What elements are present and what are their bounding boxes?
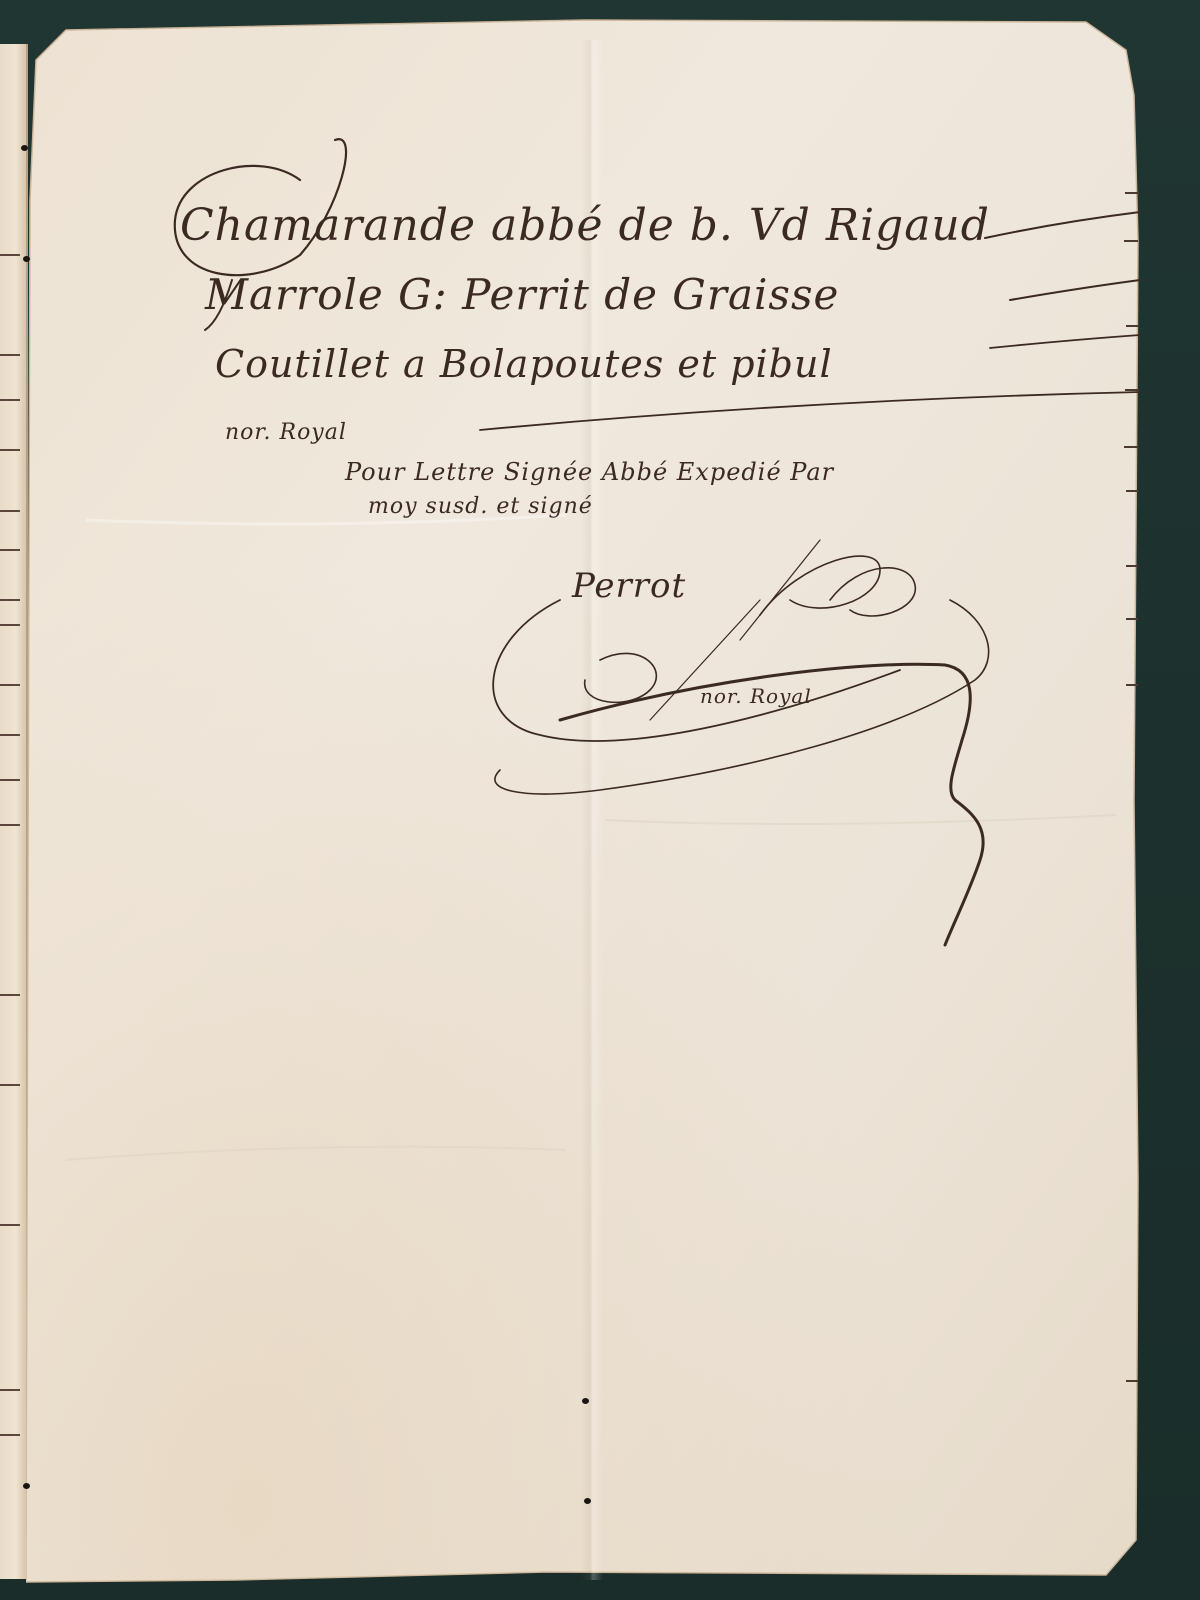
margin-rule — [0, 994, 20, 996]
margin-rule — [0, 779, 20, 781]
margin-rule — [0, 1084, 20, 1086]
previous-leaf-edge — [0, 44, 28, 1579]
margin-rule — [0, 599, 20, 601]
margin-rule — [0, 399, 20, 401]
margin-rule — [0, 1224, 20, 1226]
margin-rule — [0, 1389, 20, 1391]
margin-rule — [0, 624, 20, 626]
margin-rule — [0, 824, 20, 826]
margin-rule — [0, 354, 20, 356]
margin-rule — [0, 254, 20, 256]
margin-rule — [0, 734, 20, 736]
margin-rule — [0, 449, 20, 451]
document-viewer: Chamarande abbé de b. Vd Rigaud Marrole … — [0, 0, 1200, 1600]
manuscript-sheet — [26, 0, 1164, 1600]
margin-rule — [0, 549, 20, 551]
margin-rule — [0, 1434, 20, 1436]
center-fold — [581, 40, 603, 1580]
margin-rule — [0, 510, 20, 512]
margin-rule — [0, 684, 20, 686]
